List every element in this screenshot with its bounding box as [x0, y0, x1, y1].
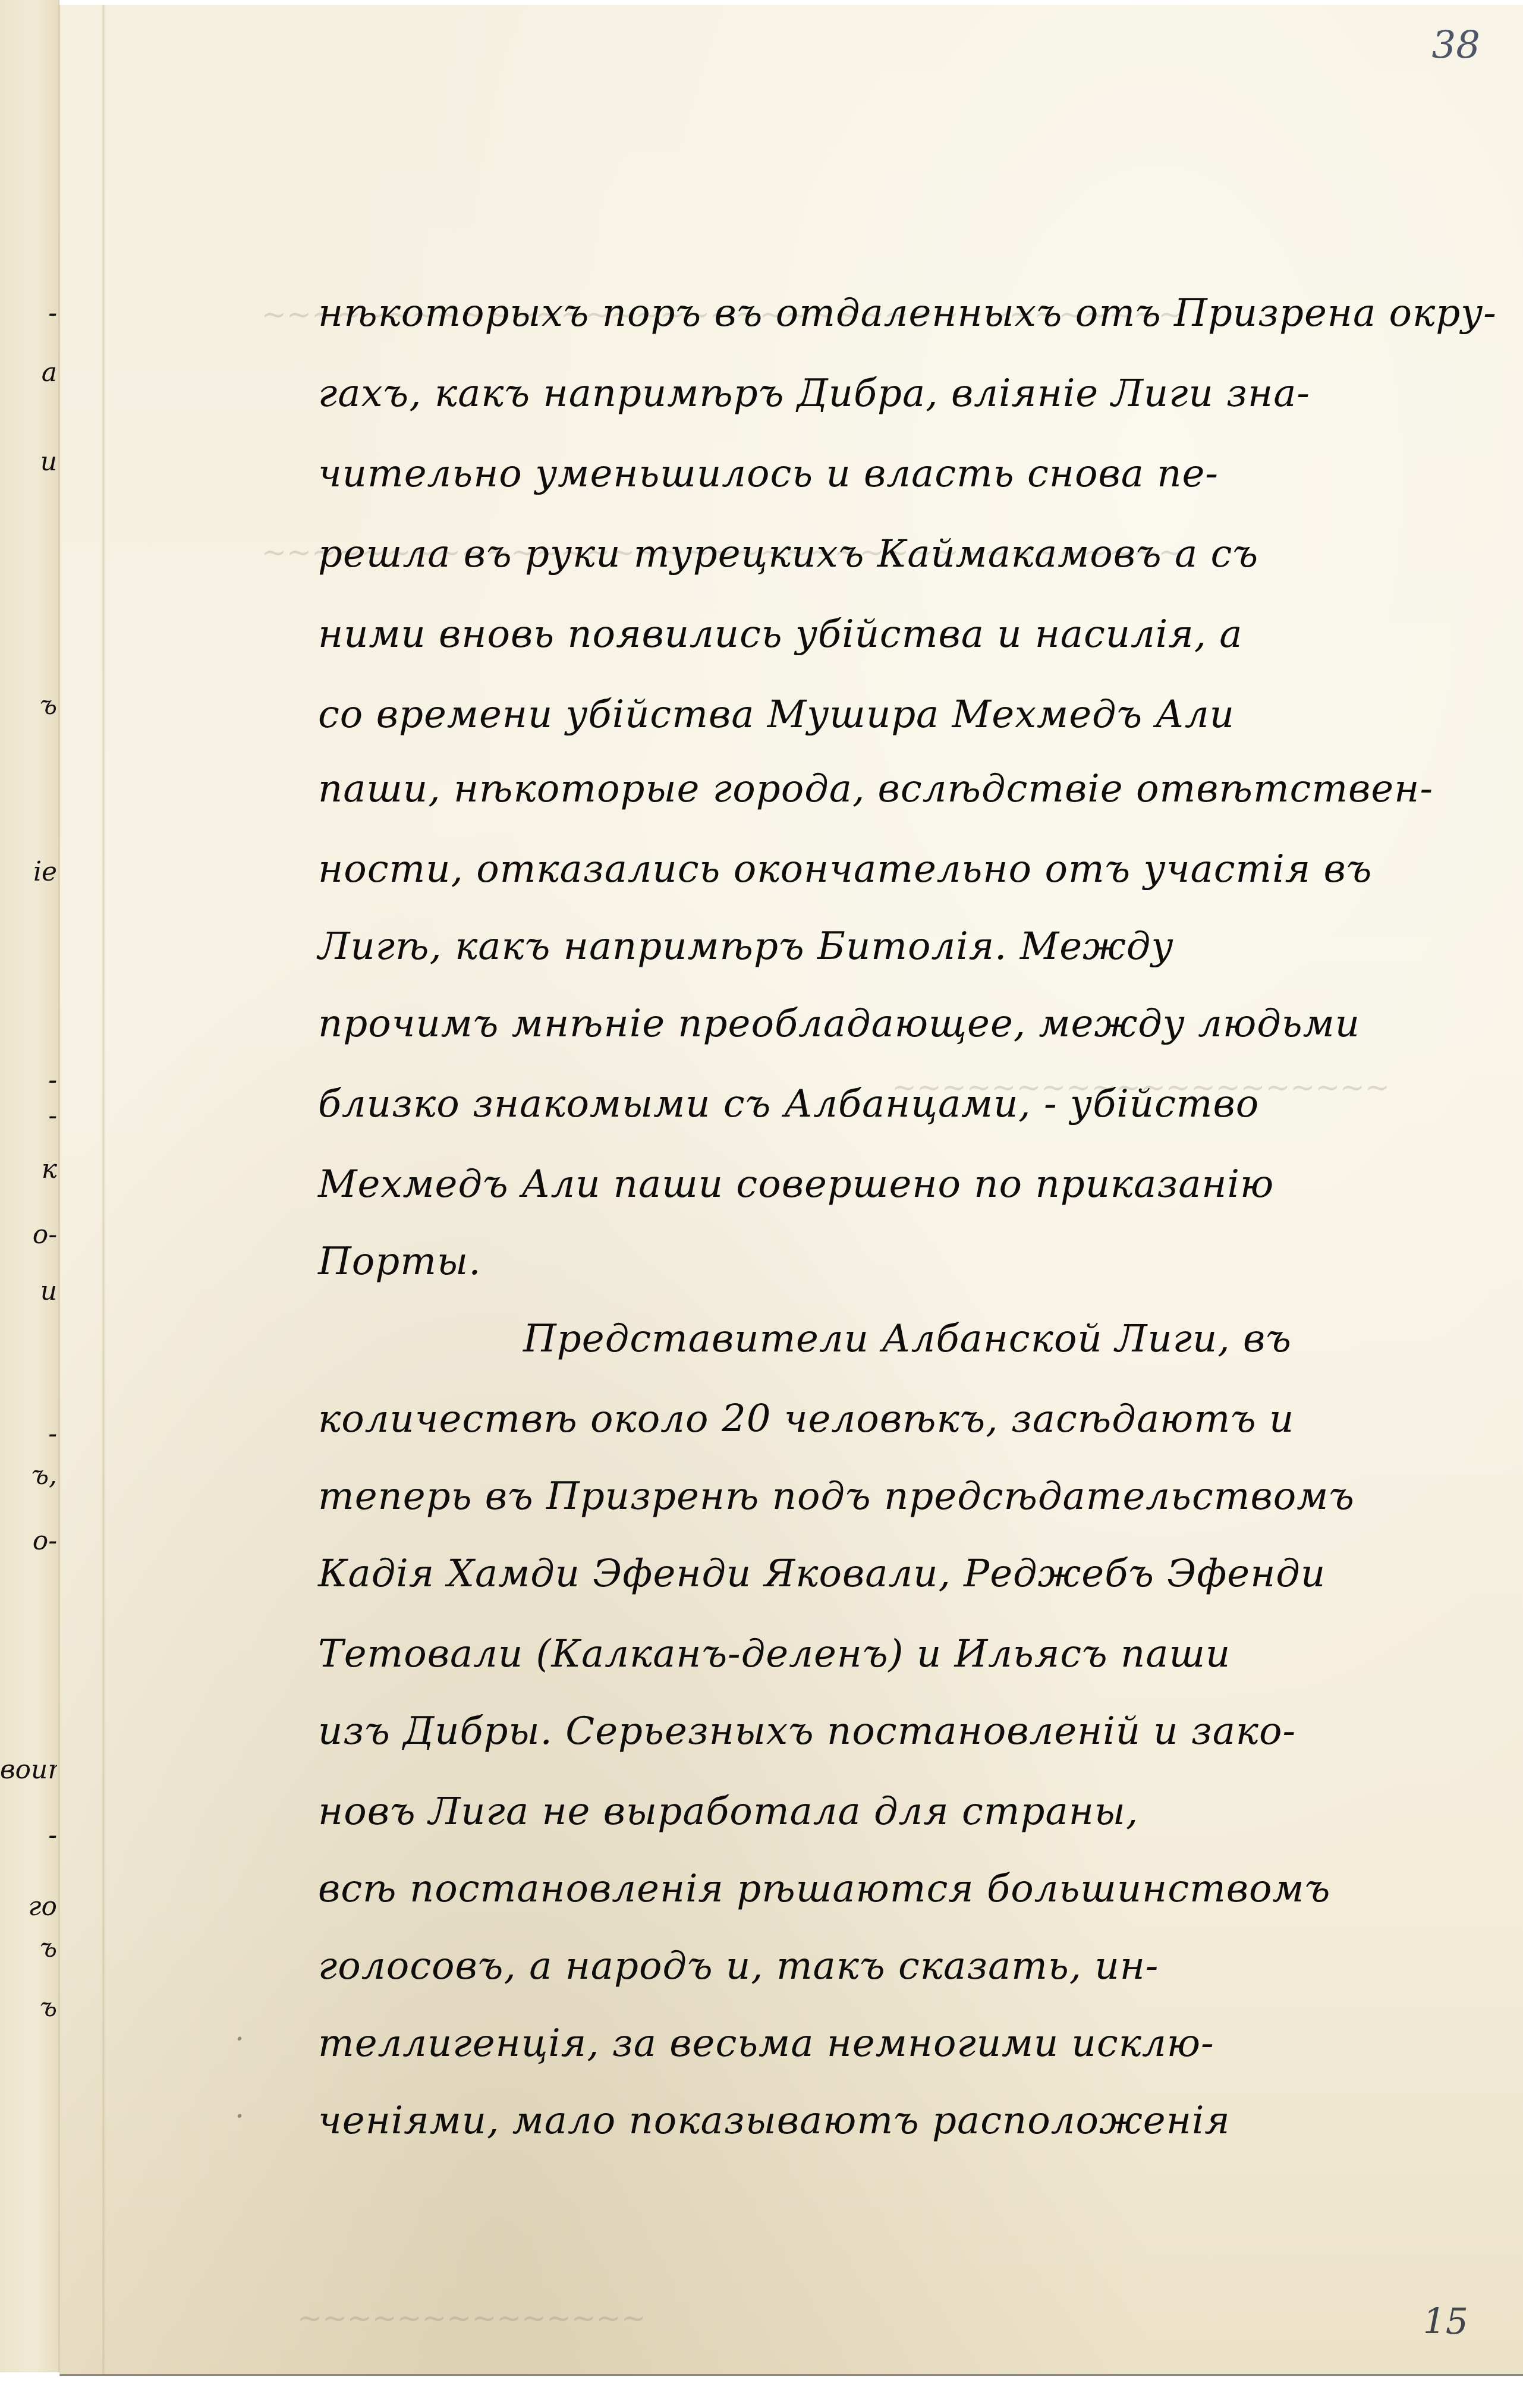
- manuscript-line: решла въ руки турецкихъ Каймакамовъ а съ: [318, 532, 1258, 576]
- manuscript-line: ними вновь появились убійства и насилія,…: [318, 612, 1243, 656]
- manuscript-line: количествѣ около 20 человѣкъ, засѣдаютъ …: [318, 1397, 1294, 1441]
- manuscript-line: ченіями, мало показываютъ расположенія: [318, 2099, 1231, 2143]
- left-page-fragment: -: [0, 1822, 57, 1849]
- manuscript-line: со времени убійства Мушира Мехмедъ Али: [318, 693, 1235, 737]
- manuscript-line: прочимъ мнѣніе преобладающее, между людь…: [318, 1002, 1360, 1046]
- left-page-fragment: и: [0, 449, 57, 475]
- ink-blot-mark: ·: [235, 2099, 244, 2133]
- manuscript-line: Лигѣ, какъ напримѣръ Битолія. Между: [318, 925, 1174, 969]
- manuscript-line: новъ Лига не выработала для страны,: [318, 1790, 1138, 1834]
- folio-number-bottom: 15: [1423, 2301, 1468, 2343]
- manuscript-line: ности, отказались окончательно отъ участ…: [318, 847, 1372, 891]
- ink-blot-mark: ·: [235, 2022, 244, 2056]
- left-page-fragment: о-: [0, 1222, 57, 1248]
- left-page-fragment: ъ,: [0, 1463, 57, 1489]
- left-page-fragment: іе: [0, 859, 57, 885]
- left-page-fragment: а: [0, 360, 57, 386]
- manuscript-line: чительно уменьшилось и власть снова пе-: [318, 452, 1219, 496]
- adjacent-page-edge: - а и ъ іе - - к о- и - ъ, о- воить - го…: [0, 0, 59, 2372]
- page-fold-crease: [102, 5, 105, 2374]
- manuscript-line: теллигенція, за весьма немногими исклю-: [318, 2022, 1214, 2066]
- left-page-fragment: ъ: [0, 693, 57, 719]
- left-page-fragment: к: [0, 1156, 57, 1183]
- manuscript-line: голосовъ, а народъ и, такъ сказать, ин-: [318, 1944, 1159, 1988]
- manuscript-line: всѣ постановленія рѣшаются большинствомъ: [318, 1867, 1330, 1911]
- manuscript-line: нѣкоторыхъ поръ въ отдаленныхъ отъ Призр…: [318, 291, 1497, 335]
- manuscript-line-paragraph-start: Представители Албанской Лиги, въ: [523, 1317, 1292, 1361]
- manuscript-line: Порты.: [318, 1240, 481, 1284]
- manuscript-line: гахъ, какъ напримѣръ Дибра, вліяніе Лиги…: [318, 372, 1310, 416]
- manuscript-line: Тетовали (Калканъ-деленъ) и Ильясъ паши: [318, 1632, 1231, 1676]
- left-page-fragment: ъ: [0, 1995, 57, 2021]
- left-page-fragment: о-: [0, 1528, 57, 1554]
- left-page-fragment: -: [0, 1103, 57, 1129]
- manuscript-line: Мехмедъ Али паши совершено по приказанію: [318, 1162, 1274, 1206]
- left-page-fragment: -: [0, 1067, 57, 1093]
- left-page-fragment: воить: [0, 1757, 57, 1783]
- manuscript-line: теперь въ Призренѣ подъ предсѣдательство…: [318, 1475, 1355, 1519]
- manuscript-line: близко знакомыми съ Албанцами, - убійств…: [318, 1082, 1259, 1126]
- manuscript-line: Кадія Хамди Эфенди Яковали, Реджебъ Эфен…: [318, 1552, 1326, 1596]
- left-page-fragment: го: [0, 1894, 57, 1920]
- left-page-fragment: ъ: [0, 1935, 57, 1961]
- manuscript-line: изъ Дибры. Серьезныхъ постановленій и за…: [318, 1709, 1296, 1753]
- left-page-fragment: -: [0, 300, 57, 326]
- manuscript-line: паши, нѣкоторые города, вслѣдствіе отвѣт…: [318, 767, 1433, 811]
- folio-number-top: 38: [1432, 24, 1480, 68]
- left-page-fragment: -: [0, 1421, 57, 1447]
- bleed-through-text: ~~~~~~~~~~~~~~: [297, 2301, 646, 2335]
- left-page-fragment: и: [0, 1278, 57, 1304]
